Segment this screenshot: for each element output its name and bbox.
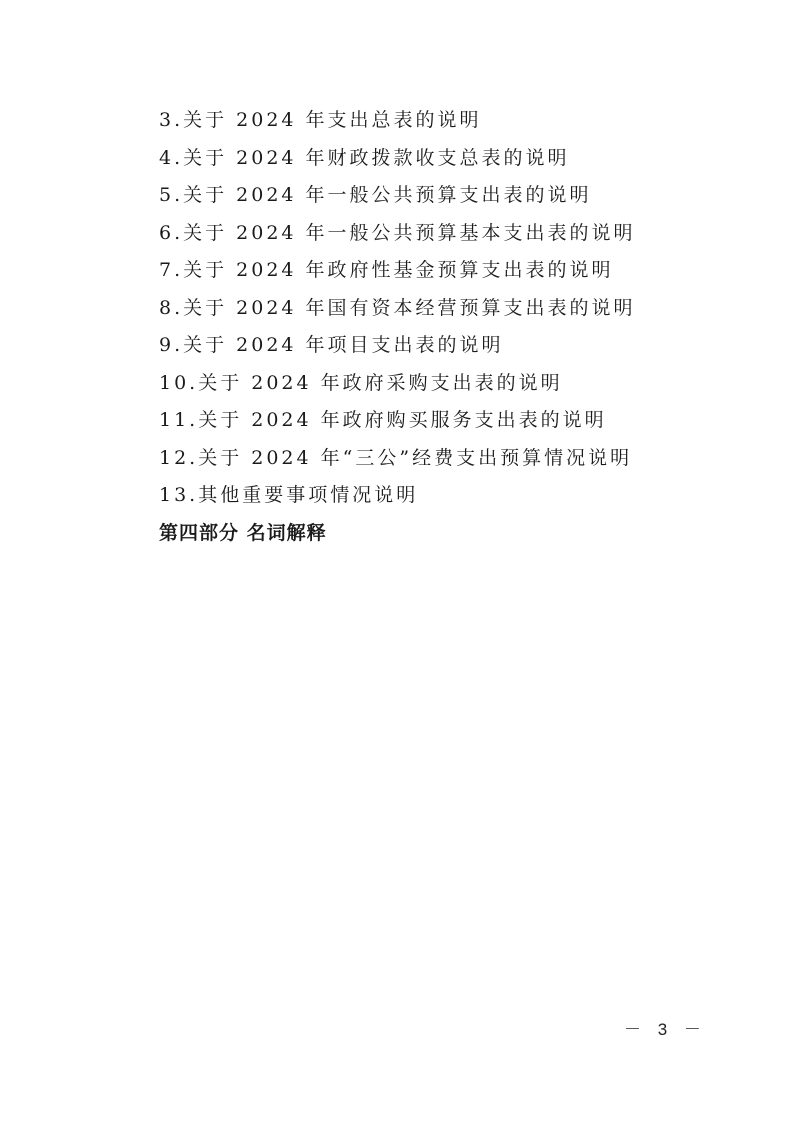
toc-item-5: 5.关于 2024 年一般公共预算支出表的说明 <box>159 181 636 219</box>
toc-item-9: 9.关于 2024 年项目支出表的说明 <box>159 331 636 369</box>
toc-item-7: 7.关于 2024 年政府性基金预算支出表的说明 <box>159 256 636 294</box>
page-number: － 3 － <box>624 1015 707 1040</box>
section-heading-part-four: 第四部分 名词解释 <box>159 519 636 557</box>
toc-item-13: 13.其他重要事项情况说明 <box>159 481 636 519</box>
toc-item-10: 10.关于 2024 年政府采购支出表的说明 <box>159 369 636 407</box>
toc-item-12: 12.关于 2024 年“三公”经费支出预算情况说明 <box>159 444 636 482</box>
toc-item-4: 4.关于 2024 年财政拨款收支总表的说明 <box>159 144 636 182</box>
table-of-contents: 3.关于 2024 年支出总表的说明 4.关于 2024 年财政拨款收支总表的说… <box>159 106 636 556</box>
toc-item-8: 8.关于 2024 年国有资本经营预算支出表的说明 <box>159 294 636 332</box>
toc-item-3: 3.关于 2024 年支出总表的说明 <box>159 106 636 144</box>
toc-item-6: 6.关于 2024 年一般公共预算基本支出表的说明 <box>159 219 636 257</box>
toc-item-11: 11.关于 2024 年政府购买服务支出表的说明 <box>159 406 636 444</box>
